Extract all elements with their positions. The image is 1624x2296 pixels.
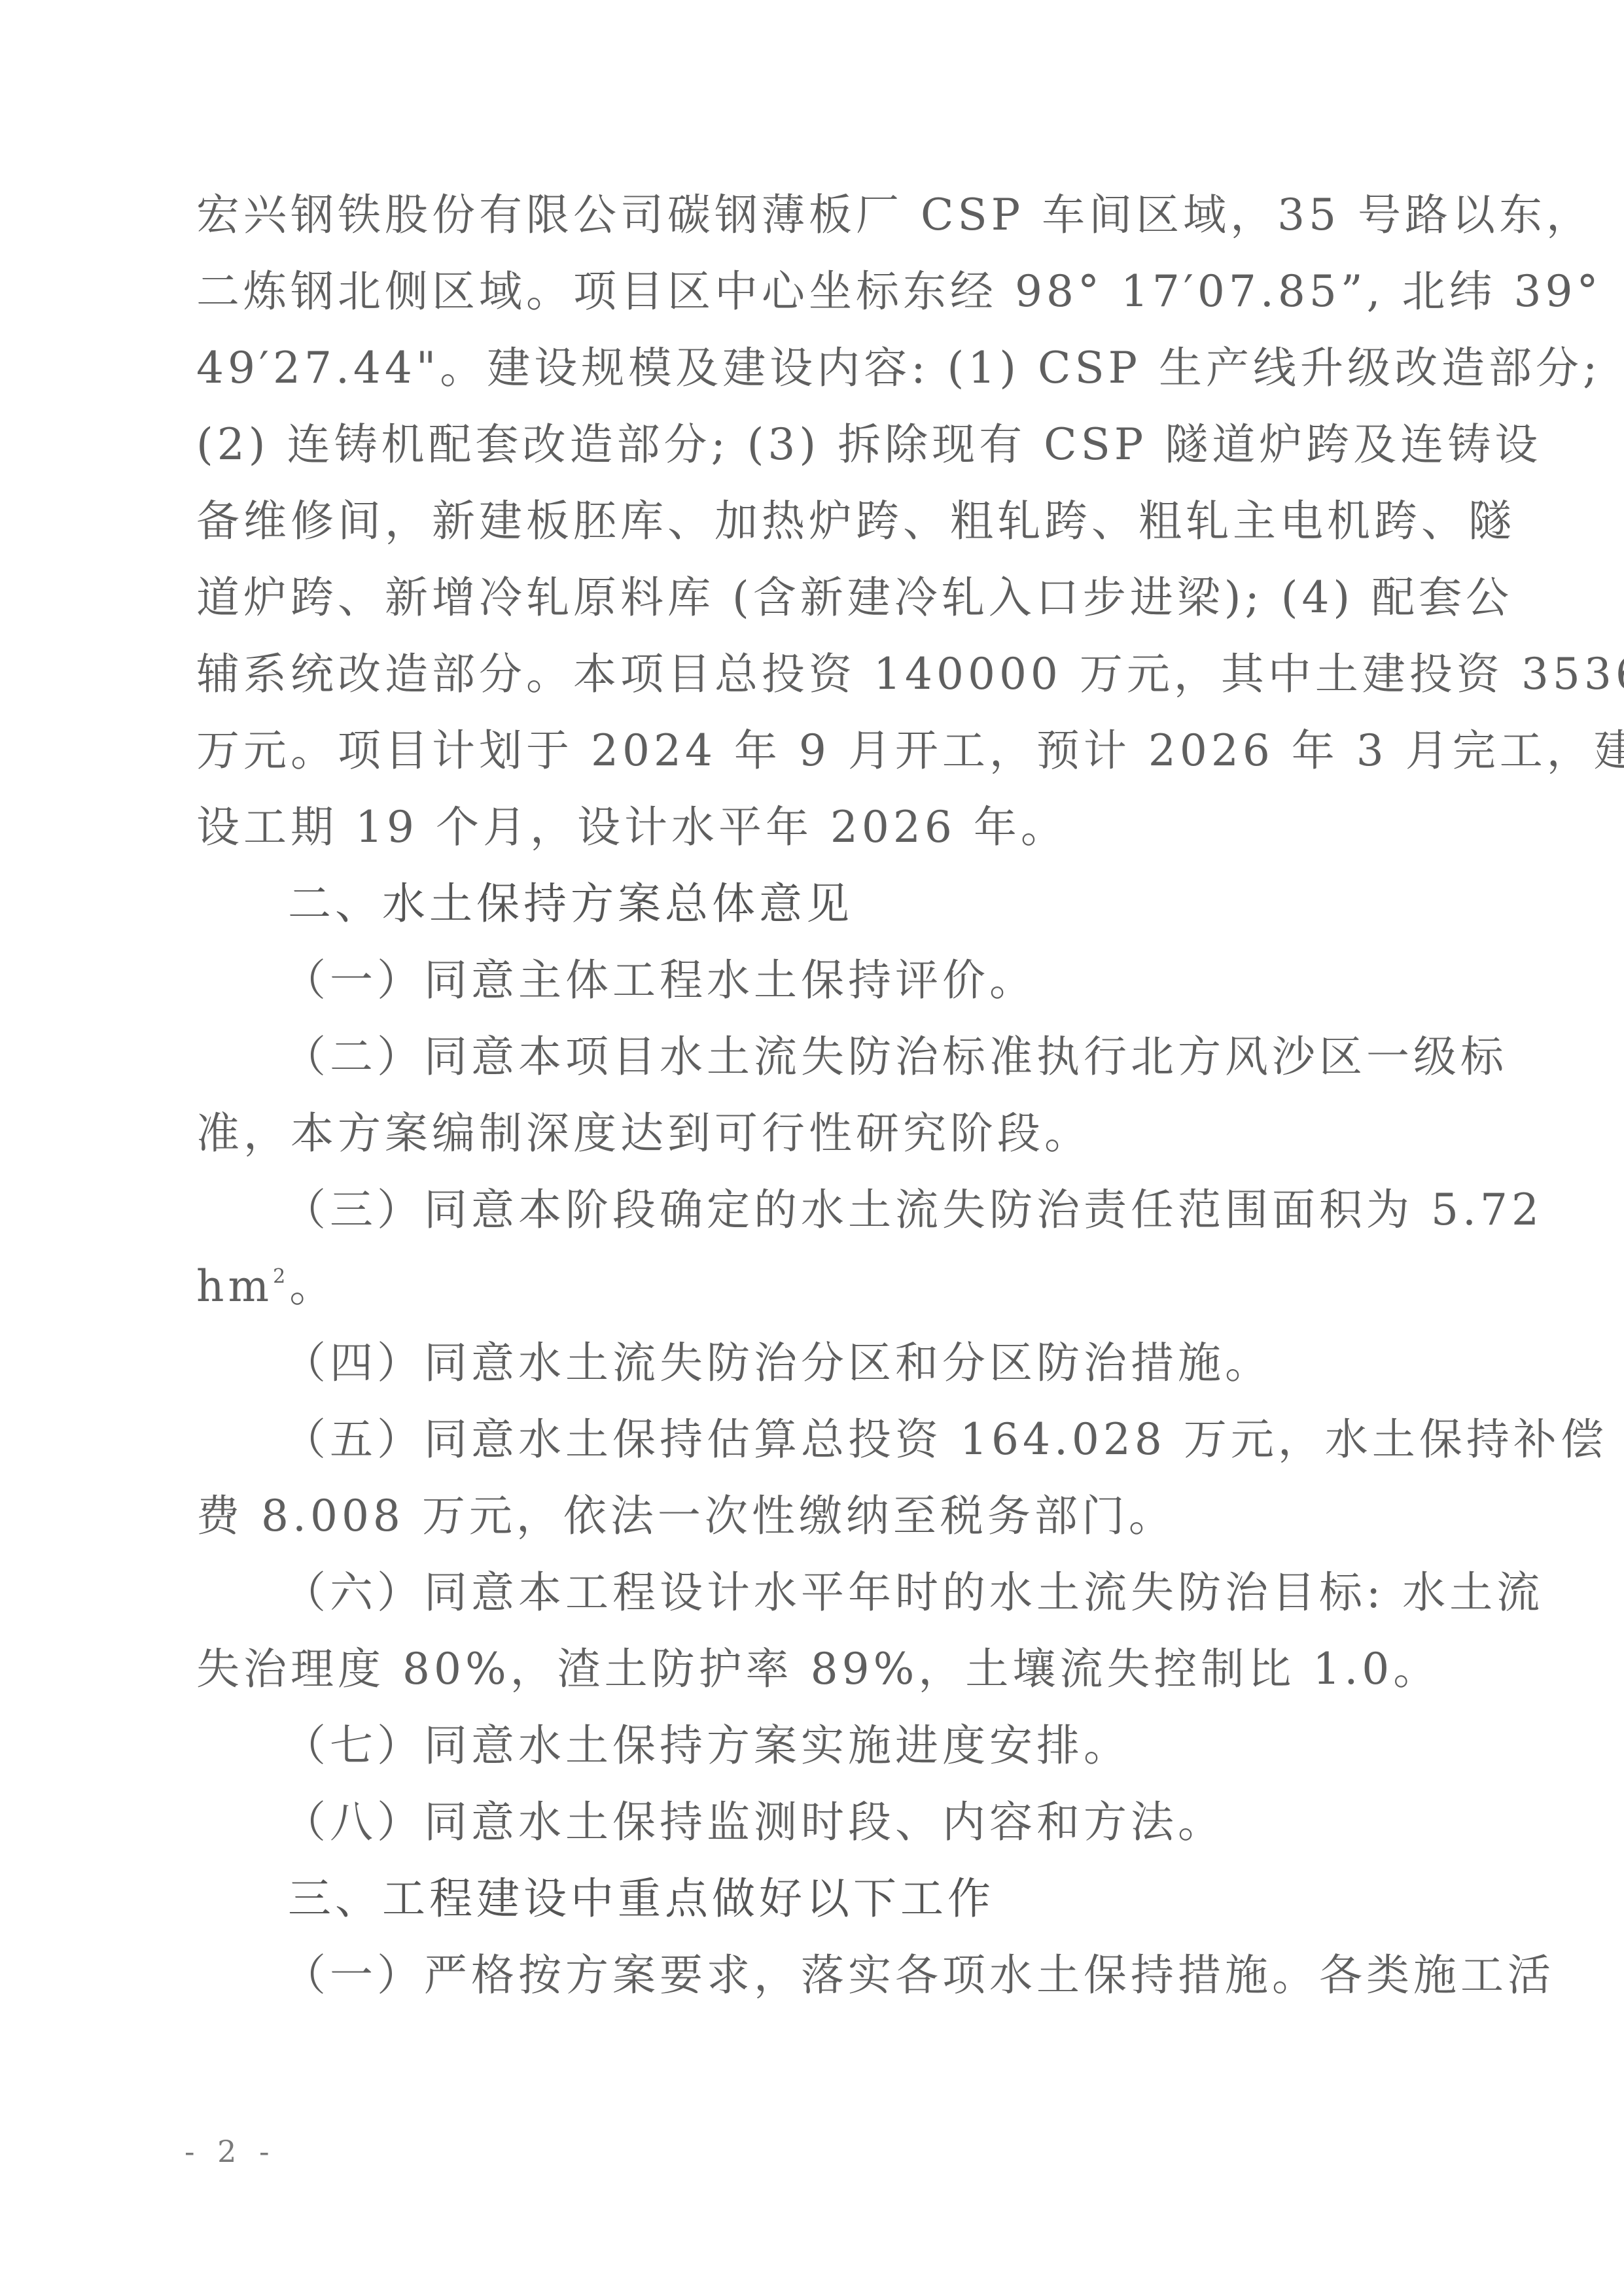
opinion-item-5: （五）同意水土保持估算总投资 164.028 万元，水土保持补偿 费 8.008… <box>196 1401 1439 1554</box>
paragraph-line: （六）同意本工程设计水平年时的水土流失防治目标: 水土流 <box>196 1554 1439 1631</box>
paragraph-line: （二）同意本项目水土流失防治标准执行北方风沙区一级标 <box>196 1018 1439 1095</box>
paragraph-line: （七）同意水土保持方案实施进度安排。 <box>196 1707 1439 1784</box>
paragraph-line: （三）同意本阶段确定的水土流失防治责任范围面积为 5.72 <box>196 1172 1439 1248</box>
document-body: 宏兴钢铁股份有限公司碳钢薄板厂 CSP 车间区域，35 号路以东， 二炼钢北侧区… <box>196 177 1439 2013</box>
opinion-item-1: （一）同意主体工程水土保持评价。 <box>196 942 1439 1018</box>
section-heading-overall-opinion: 二、水土保持方案总体意见 <box>196 865 1439 942</box>
sentence-end: 。 <box>289 1261 336 1312</box>
opinion-item-2: （二）同意本项目水土流失防治标准执行北方风沙区一级标 准，本方案编制深度达到可行… <box>196 1018 1439 1172</box>
project-description-paragraph: 宏兴钢铁股份有限公司碳钢薄板厂 CSP 车间区域，35 号路以东， 二炼钢北侧区… <box>196 177 1439 865</box>
paragraph-line: 二炼钢北侧区域。项目区中心坐标东经 98° 17′07.85”, 北纬 39° <box>196 253 1439 330</box>
opinion-item-6: （六）同意本工程设计水平年时的水土流失防治目标: 水土流 失治理度 80%，渣土… <box>196 1554 1439 1707</box>
paragraph-line: (2) 连铸机配套改造部分; (3) 拆除现有 CSP 隧道炉跨及连铸设 <box>196 406 1439 483</box>
document-page: 宏兴钢铁股份有限公司碳钢薄板厂 CSP 车间区域，35 号路以东， 二炼钢北侧区… <box>0 0 1624 2296</box>
area-unit-line: hm2。 <box>196 1248 1439 1325</box>
paragraph-line: （五）同意水土保持估算总投资 164.028 万元，水土保持补偿 <box>196 1401 1439 1478</box>
paragraph-line: （八）同意水土保持监测时段、内容和方法。 <box>196 1784 1439 1860</box>
paragraph-line: 辅系统改造部分。本项目总投资 140000 万元，其中土建投资 35369 <box>196 636 1439 712</box>
page-number: - 2 - <box>185 2134 276 2169</box>
area-unit-superscript: 2 <box>273 1265 289 1288</box>
paragraph-line: （一）严格按方案要求，落实各项水土保持措施。各类施工活 <box>196 1937 1439 2013</box>
section-heading-key-work: 三、工程建设中重点做好以下工作 <box>196 1860 1439 1937</box>
paragraph-line: （一）同意主体工程水土保持评价。 <box>196 942 1439 1018</box>
paragraph-line: 万元。项目计划于 2024 年 9 月开工，预计 2026 年 3 月完工，建 <box>196 712 1439 789</box>
opinion-item-7: （七）同意水土保持方案实施进度安排。 <box>196 1707 1439 1784</box>
paragraph-line: 设工期 19 个月，设计水平年 2026 年。 <box>196 789 1439 865</box>
opinion-item-3: （三）同意本阶段确定的水土流失防治责任范围面积为 5.72 hm2。 <box>196 1172 1439 1325</box>
area-unit: hm <box>196 1261 273 1312</box>
work-item-1: （一）严格按方案要求，落实各项水土保持措施。各类施工活 <box>196 1937 1439 2013</box>
paragraph-line: 49′27.44"。建设规模及建设内容: (1) CSP 生产线升级改造部分; <box>196 330 1439 406</box>
paragraph-line: 宏兴钢铁股份有限公司碳钢薄板厂 CSP 车间区域，35 号路以东， <box>196 177 1439 253</box>
opinion-item-4: （四）同意水土流失防治分区和分区防治措施。 <box>196 1325 1439 1401</box>
opinion-item-8: （八）同意水土保持监测时段、内容和方法。 <box>196 1784 1439 1860</box>
paragraph-line: 失治理度 80%，渣土防护率 89%，土壤流失控制比 1.0。 <box>196 1631 1439 1707</box>
paragraph-line: （四）同意水土流失防治分区和分区防治措施。 <box>196 1325 1439 1401</box>
paragraph-line: 道炉跨、新增冷轧原料库 (含新建冷轧入口步进梁); (4) 配套公 <box>196 559 1439 636</box>
paragraph-line: 备维修间，新建板胚库、加热炉跨、粗轧跨、粗轧主电机跨、隧 <box>196 483 1439 559</box>
paragraph-line: 费 8.008 万元，依法一次性缴纳至税务部门。 <box>196 1478 1439 1554</box>
paragraph-line: 准，本方案编制深度达到可行性研究阶段。 <box>196 1095 1439 1172</box>
